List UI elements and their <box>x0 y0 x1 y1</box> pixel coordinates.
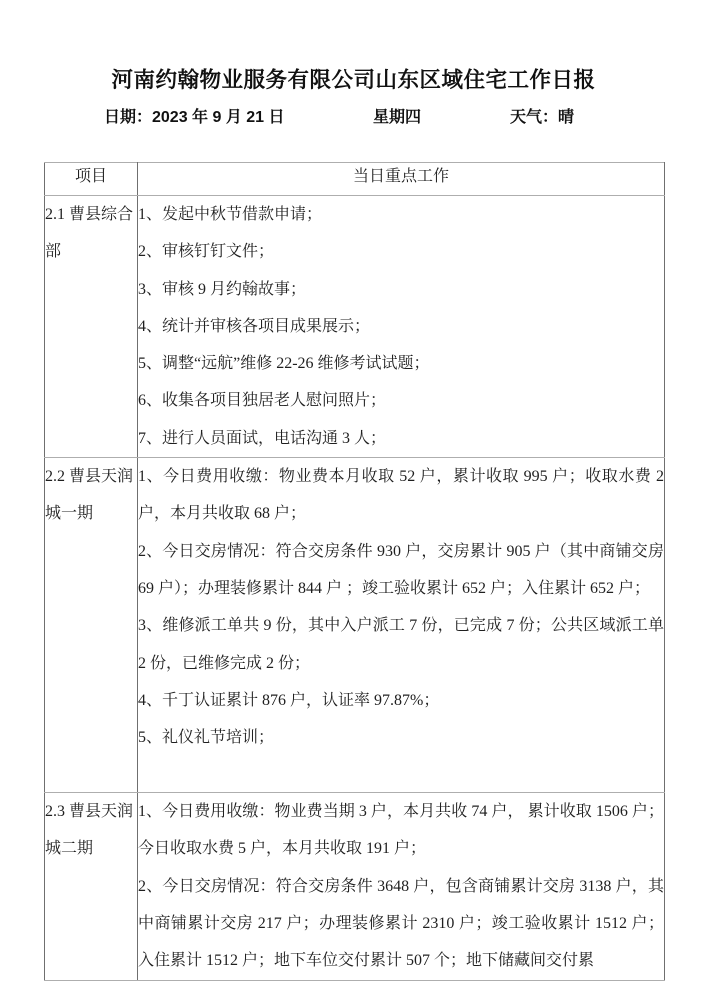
work-item: 5、调整“远航”维修 22-26 维修考试试题； <box>138 345 664 382</box>
table-header-row: 项目 当日重点工作 <box>45 163 665 196</box>
work-item: 1、发起中秋节借款申请； <box>138 196 664 233</box>
col-header-work: 当日重点工作 <box>138 163 665 196</box>
work-item: 6、收集各项目独居老人慰问照片； <box>138 382 664 419</box>
work-item: 2、今日交房情况：符合交房条件 930 户，交房累计 905 户（其中商铺交房 … <box>138 533 664 608</box>
report-weather: 天气：晴 <box>510 107 574 129</box>
report-page: 河南约翰物业服务有限公司山东区域住宅工作日报 日期：2023 年 9 月 21 … <box>0 0 707 999</box>
work-item: 2、今日交房情况：符合交房条件 3648 户，包含商铺累计交房 3138 户，其… <box>138 868 664 980</box>
work-cell: 1、今日费用收缴：物业费本月收取 52 户，累计收取 995 户；收取水费 2 … <box>138 458 665 793</box>
work-cell: 1、今日费用收缴：物业费当期 3 户，本月共收 74 户， 累计收取 1506 … <box>138 793 665 980</box>
work-item: 2、审核钉钉文件； <box>138 233 664 270</box>
report-title: 河南约翰物业服务有限公司山东区域住宅工作日报 <box>0 67 707 93</box>
report-date: 日期：2023 年 9 月 21 日 <box>104 107 285 129</box>
table-row: 2.2 曹县天润城一期 1、今日费用收缴：物业费本月收取 52 户，累计收取 9… <box>45 458 665 793</box>
work-item: 3、维修派工单共 9 份，其中入户派工 7 份，已完成 7 份；公共区域派工单 … <box>138 607 664 682</box>
work-items: 1、今日费用收缴：物业费当期 3 户，本月共收 74 户， 累计收取 1506 … <box>138 793 664 979</box>
project-cell: 2.3 曹县天润城二期 <box>45 793 138 980</box>
project-cell: 2.2 曹县天润城一期 <box>45 458 138 793</box>
work-item: 1、今日费用收缴：物业费本月收取 52 户，累计收取 995 户；收取水费 2 … <box>138 458 664 533</box>
work-item: 4、统计并审核各项目成果展示； <box>138 308 664 345</box>
report-weekday: 星期四 <box>373 107 421 129</box>
work-items: 1、今日费用收缴：物业费本月收取 52 户，累计收取 995 户；收取水费 2 … <box>138 458 664 756</box>
work-item: 3、审核 9 月约翰故事； <box>138 271 664 308</box>
work-item: 4、千丁认证累计 876 户，认证率 97.87%； <box>138 682 664 719</box>
work-item: 1、今日费用收缴：物业费当期 3 户，本月共收 74 户， 累计收取 1506 … <box>138 793 664 868</box>
table-row: 2.1 曹县综合部 1、发起中秋节借款申请；2、审核钉钉文件；3、审核 9 月约… <box>45 196 665 458</box>
work-cell: 1、发起中秋节借款申请；2、审核钉钉文件；3、审核 9 月约翰故事；4、统计并审… <box>138 196 665 458</box>
work-item: 7、进行人员面试，电话沟通 3 人； <box>138 420 664 457</box>
daily-report-table: 项目 当日重点工作 2.1 曹县综合部 1、发起中秋节借款申请；2、审核钉钉文件… <box>44 162 665 981</box>
project-cell: 2.1 曹县综合部 <box>45 196 138 458</box>
work-item: 5、礼仪礼节培训； <box>138 719 664 756</box>
report-meta-line: 日期：2023 年 9 月 21 日 星期四 天气：晴 <box>0 107 707 131</box>
work-items: 1、发起中秋节借款申请；2、审核钉钉文件；3、审核 9 月约翰故事；4、统计并审… <box>138 196 664 457</box>
table-row: 2.3 曹县天润城二期 1、今日费用收缴：物业费当期 3 户，本月共收 74 户… <box>45 793 665 980</box>
col-header-project: 项目 <box>45 163 138 196</box>
